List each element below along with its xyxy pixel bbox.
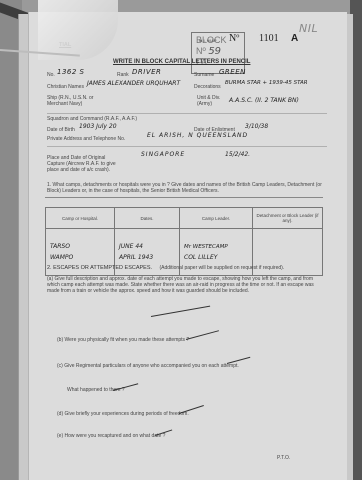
divider <box>47 146 327 147</box>
nil-annotation: NIL <box>299 22 318 35</box>
question-c: (c) Give Regimental particulars of anyon… <box>57 363 239 369</box>
address-value: EL ARISH, N QUEENSLAND <box>147 132 248 139</box>
col-leader: Camp Leader. <box>180 208 253 229</box>
camp-value: WAMPO <box>50 254 113 261</box>
dates-value: APRIL 1943 <box>119 254 178 261</box>
no-label: Nº <box>229 33 239 44</box>
section1-question: 1. What camps, detachments or hospitals … <box>47 182 327 194</box>
stamp-number: 59 <box>208 46 221 57</box>
stamp-no: Nº <box>196 46 206 56</box>
section2-note: (Additional paper will be supplied on re… <box>159 265 284 271</box>
leader-value: COL LILLEY <box>184 254 251 261</box>
service-no-label: No. <box>47 72 55 78</box>
ms-label: M.I. 9/IAP <box>199 38 217 43</box>
unit-value: A.A.S.C. (II. 2 TANK BN) <box>229 97 299 104</box>
address-label: Private Address and Telephone No. <box>47 136 125 142</box>
nil-dash <box>179 405 204 414</box>
nil-dash <box>151 306 210 317</box>
col-block: Detachment or Block Leader (if any). <box>253 208 323 229</box>
enlistment-value: 3/10/38 <box>245 123 268 130</box>
capture-date: 15/2/42. <box>225 151 250 158</box>
question-b: (b) Were you physically fit when you mad… <box>57 337 189 343</box>
surname-value: GREEN <box>219 68 246 76</box>
capture-place: SINGAPORE <box>141 151 185 158</box>
divider <box>45 197 323 198</box>
unit-label: Unit & Div. (Army) <box>197 95 225 107</box>
question-d: (d) Give briefly your experiences during… <box>57 411 189 417</box>
leader-value: Mr WESTECAMP <box>184 244 251 250</box>
question-e: (e) How were you recaptured and on what … <box>57 433 165 439</box>
decorations-value: BURMA STAR + 1939-45 STAR <box>225 80 308 86</box>
dob-value: 1903 July 20 <box>79 123 117 130</box>
service-no-value: 1362 S <box>57 68 84 76</box>
form-number: 1101 <box>259 33 279 44</box>
nil-dash <box>186 330 219 340</box>
dob-label: Date of Birth <box>47 127 75 133</box>
section2-title-row: 2. ESCAPES OR ATTEMPTED ESCAPES. (Additi… <box>47 265 284 271</box>
capture-label: Place and Date of Original Capture (Airc… <box>47 155 122 173</box>
form-suffix: A <box>291 33 298 44</box>
document-page: TIAL BLOCK Nº 59 FA M.I. 9/IAP Nº 1101 A… <box>28 12 347 480</box>
section2-title: 2. ESCAPES OR ATTEMPTED ESCAPES. <box>47 265 152 271</box>
christian-names-label: Christian Names <box>47 84 84 90</box>
christian-names-value: JAMES ALEXANDER URQUHART <box>87 80 180 87</box>
squadron-label: Squadron and Command (R.A.F., A.A.F.) <box>47 116 137 122</box>
col-camp: Camp or Hospital. <box>46 208 115 229</box>
pto-label: P.T.O. <box>277 455 290 461</box>
decorations-label: Decorations <box>194 84 221 90</box>
col-dates: Dates. <box>115 208 180 229</box>
dates-value: JUNE 44 <box>119 243 178 250</box>
instruction-heading: WRITE IN BLOCK CAPITAL LETTERS IN PENCIL <box>113 59 250 65</box>
camp-value: TARSO <box>50 243 113 250</box>
surname-label: Surname <box>194 72 214 78</box>
question-a: (a) Give full description and approx. da… <box>47 276 327 294</box>
rank-value: DRIVER <box>132 68 161 76</box>
ship-label: Ship (R.N., U.S.N. or Merchant Navy) <box>47 95 97 107</box>
rank-label: Rank <box>117 72 129 78</box>
divider <box>47 113 327 114</box>
